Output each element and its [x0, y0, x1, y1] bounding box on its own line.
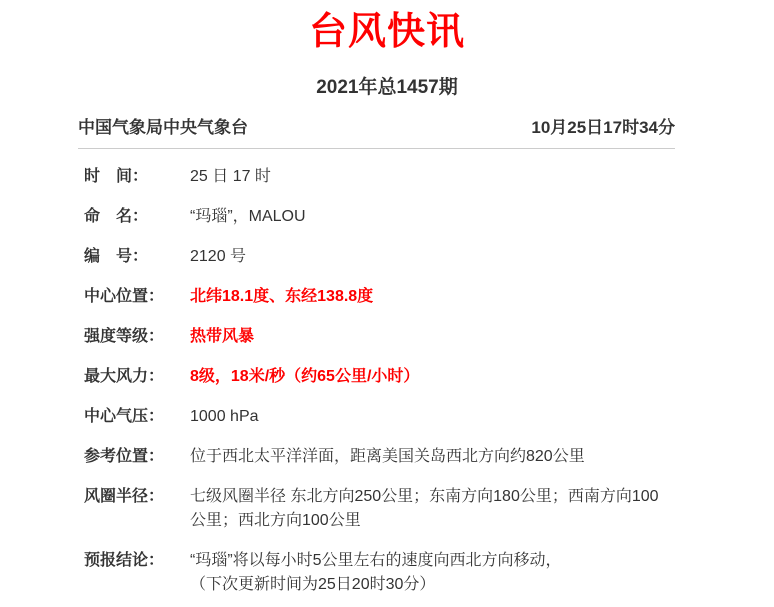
row-label: 命 名： [84, 205, 190, 229]
row-value: “玛瑙”将以每小时5公里左右的速度向西北方向移动，（下次更新时间为25日20时3… [190, 549, 675, 597]
row-label: 强度等级： [84, 325, 190, 349]
agency-name: 中国气象局中央气象台 [78, 118, 248, 138]
row-value: 位于西北太平洋洋面，距离美国关岛西北方向约820公里 [190, 445, 675, 469]
row-value: 2120 号 [190, 245, 675, 269]
table-row: 最大风力： 8级，18米/秒（约65公里/小时） [84, 365, 675, 389]
table-row: 风圈半径： 七级风圈半径 东北方向250公里；东南方向180公里；西南方向100… [84, 485, 675, 533]
table-row: 参考位置： 位于西北太平洋洋面，距离美国关岛西北方向约820公里 [84, 445, 675, 469]
bulletin-content: 中国气象局中央气象台 10月25日17时34分 时 间： 25 日 17 时 命… [78, 118, 675, 597]
table-row: 命 名： “玛瑙”，MALOU [84, 205, 675, 229]
table-row: 强度等级： 热带风暴 [84, 325, 675, 349]
publish-time: 10月25日17时34分 [531, 118, 675, 138]
table-row: 中心气压： 1000 hPa [84, 405, 675, 429]
row-label: 风圈半径： [84, 485, 190, 533]
row-label: 最大风力： [84, 365, 190, 389]
row-label: 中心位置： [84, 285, 190, 309]
row-label: 时 间： [84, 165, 190, 189]
row-value: 热带风暴 [190, 325, 675, 349]
issue-number: 2021年总1457期 [0, 78, 774, 98]
meta-row: 中国气象局中央气象台 10月25日17时34分 [78, 118, 675, 149]
row-value: 25 日 17 时 [190, 165, 675, 189]
row-label: 中心气压： [84, 405, 190, 429]
row-value: 1000 hPa [190, 405, 675, 429]
page-title: 台风快讯 [0, 9, 774, 55]
table-row: 编 号： 2120 号 [84, 245, 675, 269]
row-label: 参考位置： [84, 445, 190, 469]
row-label: 预报结论： [84, 549, 190, 597]
table-row: 时 间： 25 日 17 时 [84, 165, 675, 189]
row-value: “玛瑙”，MALOU [190, 205, 675, 229]
table-row: 预报结论： “玛瑙”将以每小时5公里左右的速度向西北方向移动，（下次更新时间为2… [84, 549, 675, 597]
bulletin-table: 时 间： 25 日 17 时 命 名： “玛瑙”，MALOU 编 号： 2120… [78, 165, 675, 597]
row-value: 七级风圈半径 东北方向250公里；东南方向180公里；西南方向100公里；西北方… [190, 485, 675, 533]
row-label: 编 号： [84, 245, 190, 269]
table-row: 中心位置： 北纬18.1度、东经138.8度 [84, 285, 675, 309]
typhoon-bulletin: 台风快讯 2021年总1457期 中国气象局中央气象台 10月25日17时34分… [0, 9, 774, 597]
row-value: 8级，18米/秒（约65公里/小时） [190, 365, 675, 389]
row-value: 北纬18.1度、东经138.8度 [190, 285, 675, 309]
